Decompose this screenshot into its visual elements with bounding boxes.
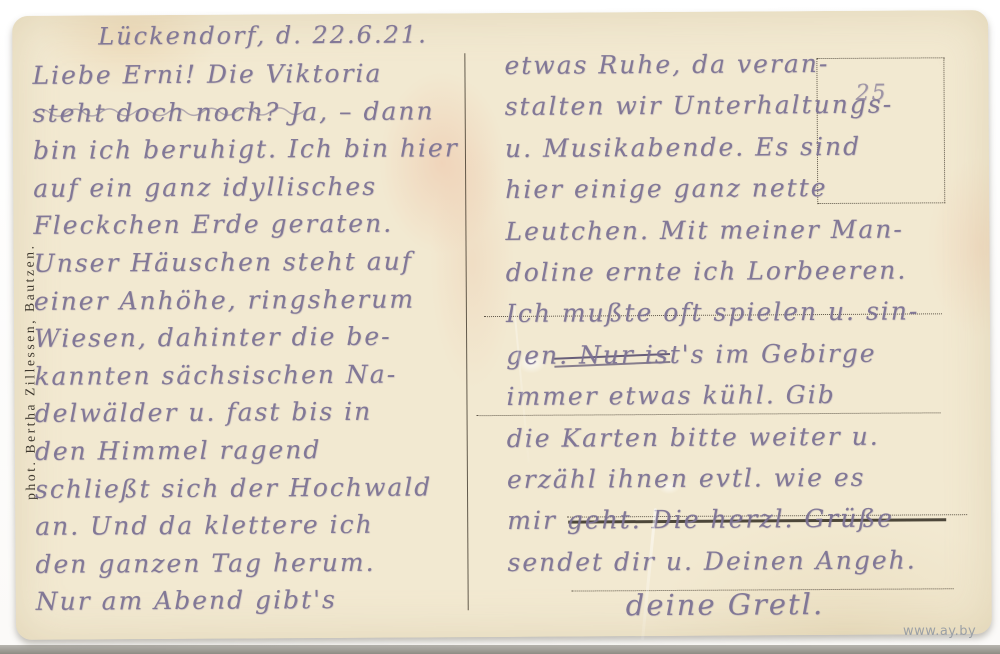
handwriting-line: Unser Häuschen steht auf	[34, 246, 474, 286]
handwritten-dateline: Lückendorf, d. 22.6.21.	[98, 20, 428, 50]
handwriting-line: mir geht. Die herzl. Grüße	[507, 503, 991, 547]
handwriting-line: Wiesen, dahinter die be-	[34, 321, 474, 361]
postcard-back: phot. Bertha Zillessen, Bautzen. Lückend…	[12, 10, 992, 640]
handwriting-line: gen. Nur ist's im Gebirge	[506, 338, 990, 382]
handwriting-line: stalten wir Unterhaltungs-	[505, 89, 989, 133]
handwriting-line: immer etwas kühl. Gib	[506, 379, 990, 423]
handwriting-line: den ganzen Tag herum.	[35, 547, 475, 587]
handwriting-line: einer Anhöhe, ringsherum	[34, 284, 474, 324]
handwriting-line: doline ernte ich Lorbeeren.	[506, 255, 990, 299]
handwriting-line: an. Und da klettere ich	[35, 509, 475, 549]
handwriting-line: Nur am Abend gibt's	[36, 584, 476, 624]
scan-edge-shadow	[0, 645, 1000, 654]
handwriting-line: kannten sächsischen Na-	[34, 359, 474, 399]
message-left-column: Liebe Erni! Die Viktoria steht doch noch…	[32, 58, 475, 625]
handwriting-line: erzähl ihnen evtl. wie es	[507, 462, 991, 506]
handwriting-line: schließt sich der Hochwald	[35, 472, 475, 512]
handwriting-line: u. Musikabende. Es sind	[505, 131, 989, 175]
handwriting-line: sendet dir u. Deinen Angeh.	[507, 545, 991, 589]
handwriting-line: hier einige ganz nette	[505, 172, 989, 216]
handwriting-line: Leutchen. Mit meiner Man-	[505, 214, 989, 258]
handwriting-line: etwas Ruhe, da veran-	[504, 48, 988, 92]
message-right-column: etwas Ruhe, da veran- stalten wir Unterh…	[504, 48, 992, 630]
handwriting-line: Liebe Erni! Die Viktoria	[32, 58, 472, 98]
handwriting-line: delwälder u. fast bis in	[34, 397, 474, 437]
watermark-text: www.ay.by	[903, 624, 976, 639]
handwriting-line: bin ich beruhigt. Ich bin hier	[33, 133, 473, 173]
handwriting-line: den Himmel ragend	[35, 434, 475, 474]
handwriting-line: die Karten bitte weiter u.	[507, 421, 991, 465]
handwriting-line: Fleckchen Erde geraten.	[33, 209, 473, 249]
handwriting-line: auf ein ganz idyllisches	[33, 171, 473, 211]
handwriting-line: Ich mußte oft spielen u. sin-	[506, 296, 990, 340]
scan-background: phot. Bertha Zillessen, Bautzen. Lückend…	[0, 0, 1000, 654]
handwriting-line: steht doch noch? Ja, – dann	[33, 96, 473, 136]
